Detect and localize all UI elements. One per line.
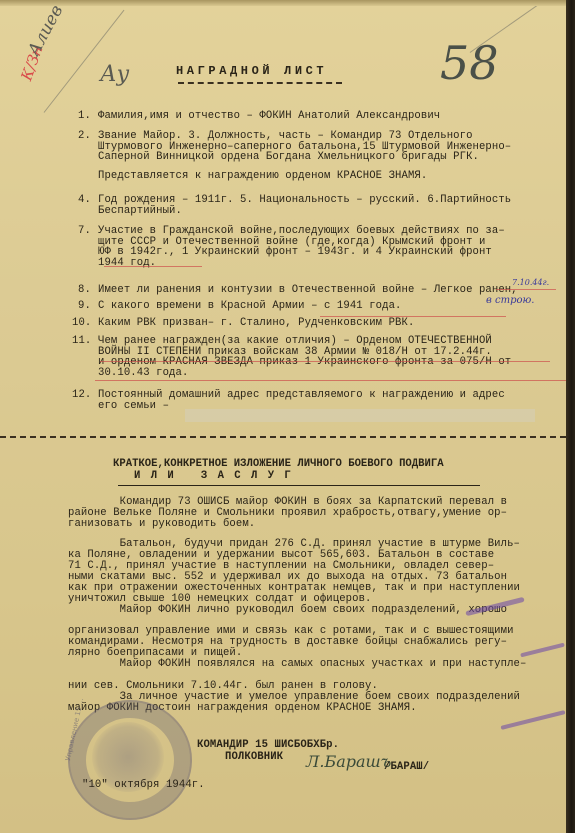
item-text-line: ЮФ в 1942г., 1 Украинский фронт – 1943г.… [98, 247, 492, 258]
wound-status-annotation: в строю. [486, 295, 535, 306]
pencil-margin-note: Алиев [24, 2, 67, 60]
summary-line: ганизовать и руководить боем. [68, 519, 255, 530]
red-underline-1941 [320, 316, 506, 317]
summary-line: Майор ФОКИН появлялся на самых опасных у… [68, 659, 526, 670]
wound-date-annotation: 7.10.44г. [512, 278, 549, 287]
pencil-initials: Ау [100, 62, 129, 87]
item-text-line: его семьи – [98, 401, 169, 412]
document-title: НАГРАДНОЙ ЛИСТ [176, 64, 327, 78]
red-underline-awards-1 [100, 361, 550, 362]
section-divider [0, 436, 566, 438]
item-number: 4. [78, 195, 91, 206]
ink-smear [500, 710, 565, 730]
item-number: 7. [78, 226, 91, 237]
summary-line: Майор ФОКИН лично руководил боем своих п… [68, 605, 507, 616]
handwritten-signature: Л.Барашъ [306, 752, 391, 771]
summary-heading: КРАТКОЕ,КОНКРЕТНОЕ ИЗЛОЖЕНИЕ ЛИЧНОГО БОЕ… [113, 458, 444, 470]
page-number-handwritten: 58 [440, 36, 499, 90]
red-underline-wound [496, 289, 556, 290]
award-sheet-page: К/Зн Алиев Ау 58 НАГРАДНОЙ ЛИСТ 1.Фамили… [0, 0, 566, 833]
item-text-line: 30.10.43 года. [98, 368, 188, 379]
item-number: 12. [72, 390, 91, 401]
redacted-address [185, 409, 535, 422]
red-underline-awards-2 [95, 380, 566, 381]
item-text-line: С какого времени в Красной Армии – с 194… [98, 301, 402, 312]
item-number: 9. [78, 301, 91, 312]
summary-heading-underline [118, 485, 480, 486]
item-text-line: Имеет ли ранения и контузии в Отечествен… [98, 285, 518, 296]
item-number: 11. [72, 336, 91, 347]
item-number: 1. [78, 111, 91, 122]
item-number: 10. [72, 318, 91, 329]
item-text-line: Фамилия,имя и отчество – ФОКИН Анатолий … [98, 111, 440, 122]
page-top-edge [0, 0, 566, 6]
item-text-line: Беспартийный. [98, 206, 182, 217]
item-text-line: Саперной Винницкой ордена Богдана Хмельн… [98, 152, 479, 163]
title-underline [178, 82, 342, 84]
item-text-line: Представляется к награждению орденом КРА… [98, 171, 427, 182]
signatory-position: КОМАНДИР 15 ШИСБОБХБр. [197, 740, 339, 751]
page-right-edge [566, 0, 575, 833]
item-text-line: Каким РВК призван– г. Сталино, Рудченков… [98, 318, 414, 329]
signature-date: "10" октября 1944г. [82, 780, 205, 791]
red-underline-1942 [104, 266, 202, 267]
item-number: 2. [78, 131, 91, 142]
summary-heading-sub: И Л И З А С Л У Г [134, 470, 293, 482]
ink-smear [520, 643, 565, 658]
signatory-rank: ПОЛКОВНИК [225, 752, 283, 763]
signatory-name: /БАРАШ/ [384, 762, 429, 773]
item-number: 8. [78, 285, 91, 296]
